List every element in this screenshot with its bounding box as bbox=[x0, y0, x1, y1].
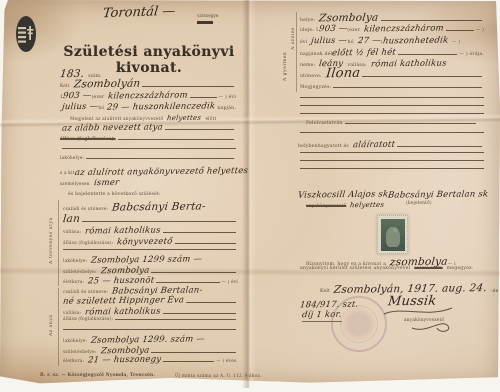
ezer-label: (ezer bbox=[92, 95, 105, 100]
reported-row: és bejelentette a következő szülését: bbox=[68, 192, 161, 197]
name-label: családi és utóneve: bbox=[63, 290, 108, 295]
matches-label: megegyez. bbox=[447, 266, 474, 271]
birth-time-row-2: évi julius — hó 27 — ( huszonhetedik — ) bbox=[300, 36, 484, 46]
name-label: családi és utóneve: bbox=[63, 207, 108, 212]
stamp-figure bbox=[386, 227, 400, 247]
blank-rule bbox=[300, 113, 484, 114]
date-day-row: julius — hó 29 — huszonkilenczedik napjá… bbox=[62, 102, 236, 112]
printer-imprint: B. r. sz. — Községjegyzői Nyomda, Trencs… bbox=[40, 373, 155, 378]
declarant-occupation-row: állása (foglalkozása): bbox=[60, 137, 236, 142]
mother-occupation-row: állása (foglalkozása): bbox=[63, 317, 238, 322]
county-label: vármegye bbox=[197, 14, 218, 19]
father-residence-row: lakóhelye: Zsombolya 1299 szám — bbox=[63, 255, 238, 265]
child-name-row: utóneve: Ilona bbox=[300, 66, 484, 81]
mother-residence-hw: Zsombolya 1299. szám — bbox=[91, 334, 206, 345]
occupation-label: állása (foglalkozása): bbox=[63, 317, 113, 322]
issued-label: Kelt bbox=[60, 84, 70, 89]
day-words: huszonhetedik bbox=[382, 36, 448, 47]
birth-place-row: helye: Zsombolya bbox=[300, 12, 484, 24]
issued-place: Zsombolyán bbox=[73, 78, 141, 91]
ink-smudge bbox=[197, 21, 213, 24]
blank-rule bbox=[300, 160, 484, 161]
mother-residence-row: lakóhelye: Zsombolya 1299. szám — bbox=[63, 335, 238, 345]
napjan-label: napján. bbox=[217, 106, 236, 111]
blank-rule bbox=[300, 152, 484, 153]
date-year-row: 1 903 — (ezer kilenczszázhárom — ) évi bbox=[60, 91, 236, 101]
signature-hw: Viszkocsill Alajos sk. bbox=[297, 189, 391, 200]
known-row: s a kit az alulírott anyakönyvvezető hel… bbox=[60, 167, 236, 177]
father-occupation-row: állása (foglalkozása): könyvvezető bbox=[63, 237, 238, 247]
birth-place-hw: Zsombolya bbox=[319, 12, 380, 25]
year-words: kilenczszázhárom bbox=[363, 24, 444, 35]
struck-word: szóról szóra bbox=[414, 266, 443, 271]
napjanak-label: napjának dél bbox=[300, 52, 332, 57]
religion-label: vallása: bbox=[63, 311, 81, 316]
appeared-row: Megjelent az alulírott anyakönyvvezető h… bbox=[70, 114, 238, 122]
signature-hw: Babcsányi Bertalan sk bbox=[387, 189, 488, 200]
birthplace-label: születéshelye: bbox=[63, 270, 97, 275]
named-father-hw: az alább nevezett atya bbox=[61, 122, 163, 133]
residence-label: lakóhelye: bbox=[63, 339, 87, 344]
evi-label: évi bbox=[300, 40, 307, 45]
time-label: ideje: 1 bbox=[300, 28, 319, 33]
father-name-hw: Babcsányi Berta- bbox=[112, 200, 207, 213]
age-label: életkora: bbox=[63, 359, 84, 364]
mother-name-hw-2: né született Hippinger Éva bbox=[62, 295, 184, 306]
evi-label: — ) évi bbox=[219, 95, 237, 100]
ho-label: hó bbox=[348, 40, 354, 45]
occupation-label: állása (foglalkozása): bbox=[63, 241, 113, 246]
father-age-row: életkora: 25 — huszonöt — ) évi bbox=[63, 276, 238, 286]
elott-label: előtt bbox=[205, 117, 216, 122]
residence-label: lakóhelye: bbox=[63, 259, 87, 264]
known-hw: az alulírott anyakönyvvezető helyettes bbox=[74, 166, 248, 178]
father-name-row-2: lan bbox=[63, 213, 238, 225]
father-religion-hw: római katholikus bbox=[85, 226, 162, 237]
child-name-hw: Ilona bbox=[325, 66, 361, 81]
approved-row: helybenhagyatott és aláíratott bbox=[298, 140, 484, 150]
hour-hw: előtt ½ fél hét bbox=[332, 48, 397, 59]
declarant-signature: Babcsányi Bertalan sk bbox=[388, 190, 488, 200]
age-suffix: — ) évi bbox=[222, 280, 238, 285]
en-suffix: -én bbox=[491, 289, 499, 294]
mother-name-row: családi és utóneve: Babcsányi Bertalan- bbox=[63, 286, 238, 296]
mother-bracket bbox=[58, 288, 59, 366]
father-religion-row: vallása: római katholikus bbox=[63, 226, 238, 236]
mother-side-label: Az anya bbox=[49, 300, 54, 350]
mother-name-row-2: né született Hippinger Éva bbox=[63, 296, 238, 306]
father-occupation-hw: könyvvezető bbox=[117, 237, 174, 248]
father-name-hw-2: lan bbox=[62, 213, 80, 225]
registrar-caption-label: anyakönyvvezető bbox=[306, 204, 346, 209]
mother-age-hw: 21 — huszonegy bbox=[88, 355, 162, 366]
occupation-label: állása (foglalkozása): bbox=[60, 137, 116, 142]
certify-label-2: anyakönyvi kerület születési anyakönyvév… bbox=[300, 266, 410, 271]
revenue-stamp-icon bbox=[377, 215, 408, 254]
note-label: Megjegyzés: bbox=[300, 85, 331, 90]
signed-hw: aláíratott bbox=[352, 140, 395, 151]
note-row: Megjegyzés: bbox=[300, 85, 484, 90]
form-reference: Új minta száma az A. U. 112. §-ához. bbox=[175, 374, 262, 379]
father-side-label: A törvényes atya bbox=[49, 206, 54, 276]
issued-row: Kelt Zsombolyán bbox=[60, 78, 236, 90]
deputy-hw: helyettes bbox=[350, 201, 385, 209]
mother-religion-row: vallása: római katholikus bbox=[63, 307, 238, 317]
county-name-handwritten: Torontál — bbox=[102, 4, 176, 22]
registrar-caption-row: anyakönyvvezető bbox=[404, 318, 444, 323]
blank-rule bbox=[300, 97, 484, 98]
residence-label: lakóhelye: bbox=[60, 156, 84, 161]
age-suffix: — ) éves. bbox=[216, 359, 238, 364]
blank-rule bbox=[300, 105, 484, 106]
scanned-birth-certificate: Torontál — vármegye Születési anyakönyvi… bbox=[0, 0, 500, 392]
year-digits: 903 — bbox=[318, 24, 348, 34]
year-digits: 903 — bbox=[63, 91, 93, 101]
reported-label: és bejelentette a következő szülését: bbox=[68, 192, 161, 197]
hungarian-coat-of-arms-icon bbox=[15, 14, 37, 58]
certify-row-2: anyakönyvi kerület születési anyakönyvév… bbox=[300, 266, 484, 271]
knows-hw: ismer bbox=[93, 178, 119, 188]
month-hw: julius — bbox=[61, 102, 98, 112]
father-name-row: családi és utóneve: Babcsányi Berta- bbox=[63, 201, 238, 213]
father-residence-hw: Zsombolya 1299 szám — bbox=[91, 254, 203, 265]
mother-age-row: életkora: 21 — huszonegy — ) éves. bbox=[63, 355, 238, 365]
declarant-caption: (bejelentő) bbox=[406, 201, 432, 206]
appeared-label: Megjelent az alulírott anyakönyvvezető bbox=[70, 117, 163, 122]
place-label: helye: bbox=[300, 18, 315, 23]
stamp-image bbox=[381, 219, 405, 251]
read-aloud-label: Felolvastatván bbox=[306, 121, 343, 126]
age-label: életkora: bbox=[63, 280, 84, 285]
registrar-deputy-signature: Viszkocsill Alajos sk. bbox=[298, 190, 391, 200]
official-seal-icon bbox=[331, 296, 387, 352]
kelt-label: Kelt bbox=[320, 289, 330, 294]
printer-footer: B. r. sz. — Községjegyzői Nyomda, Trencs… bbox=[40, 373, 155, 378]
oraja-label: — ) órája. bbox=[459, 52, 484, 57]
blank-rule bbox=[300, 132, 484, 133]
known-row-2: személyesen ismer bbox=[60, 178, 180, 188]
day-hw: 29 — huszonkilenczedik bbox=[106, 101, 215, 112]
name-label: utóneve: bbox=[300, 74, 322, 79]
known-label: s a kit bbox=[60, 171, 75, 176]
approved-label: helybenhagyatott és bbox=[298, 144, 349, 149]
form-footer: Új minta száma az A. U. 112. §-ához. bbox=[175, 374, 262, 379]
declarant-caption-label: (bejelentő) bbox=[406, 201, 432, 206]
read-aloud-row: Felolvastatván bbox=[306, 121, 478, 126]
day-digits: 27 — bbox=[357, 36, 381, 46]
declarant-residence-row: lakóhelye: bbox=[60, 156, 236, 161]
birth-time-row-3: napjának dél előtt ½ fél hét — ) órája. bbox=[300, 48, 484, 58]
year-words: kilenczszázhárom bbox=[108, 91, 189, 102]
blank-rule bbox=[62, 148, 236, 149]
month-hw: julius — bbox=[311, 36, 348, 46]
ezer-label: (ezer bbox=[347, 28, 360, 33]
father-age-hw: 25 — huszonöt bbox=[88, 276, 155, 287]
father-bracket bbox=[58, 200, 59, 286]
child-bracket bbox=[296, 12, 297, 92]
seal-inner-ring bbox=[340, 305, 378, 343]
ho-label: hó bbox=[98, 106, 104, 111]
personally-label: személyesen bbox=[60, 182, 90, 187]
blank-rule bbox=[63, 329, 236, 330]
paren-label: — ) bbox=[476, 28, 484, 33]
registrar-label: anyakönyvvezető bbox=[404, 318, 444, 323]
mother-religion-hw: római katholikus bbox=[85, 307, 162, 318]
birth-time-row-1: ideje: 1 903 — (ezer kilenczszázhárom — … bbox=[300, 24, 484, 34]
blank-rule bbox=[63, 249, 236, 250]
paren-close: — ) bbox=[452, 40, 460, 45]
named-father-row: az alább nevezett atya bbox=[62, 123, 236, 133]
religion-label: vallása: bbox=[63, 230, 81, 235]
blank-rule bbox=[300, 168, 484, 169]
father-birthplace-row: születéshelye: Zsombolya bbox=[63, 266, 238, 276]
registrar-deputy-caption: anyakönyvvezető helyettes bbox=[306, 201, 384, 209]
child-side-label: A gyermek bbox=[283, 42, 288, 90]
deputy-hw: helyettes bbox=[167, 114, 202, 122]
father-birthplace-hw: Zsombolya bbox=[100, 266, 150, 277]
